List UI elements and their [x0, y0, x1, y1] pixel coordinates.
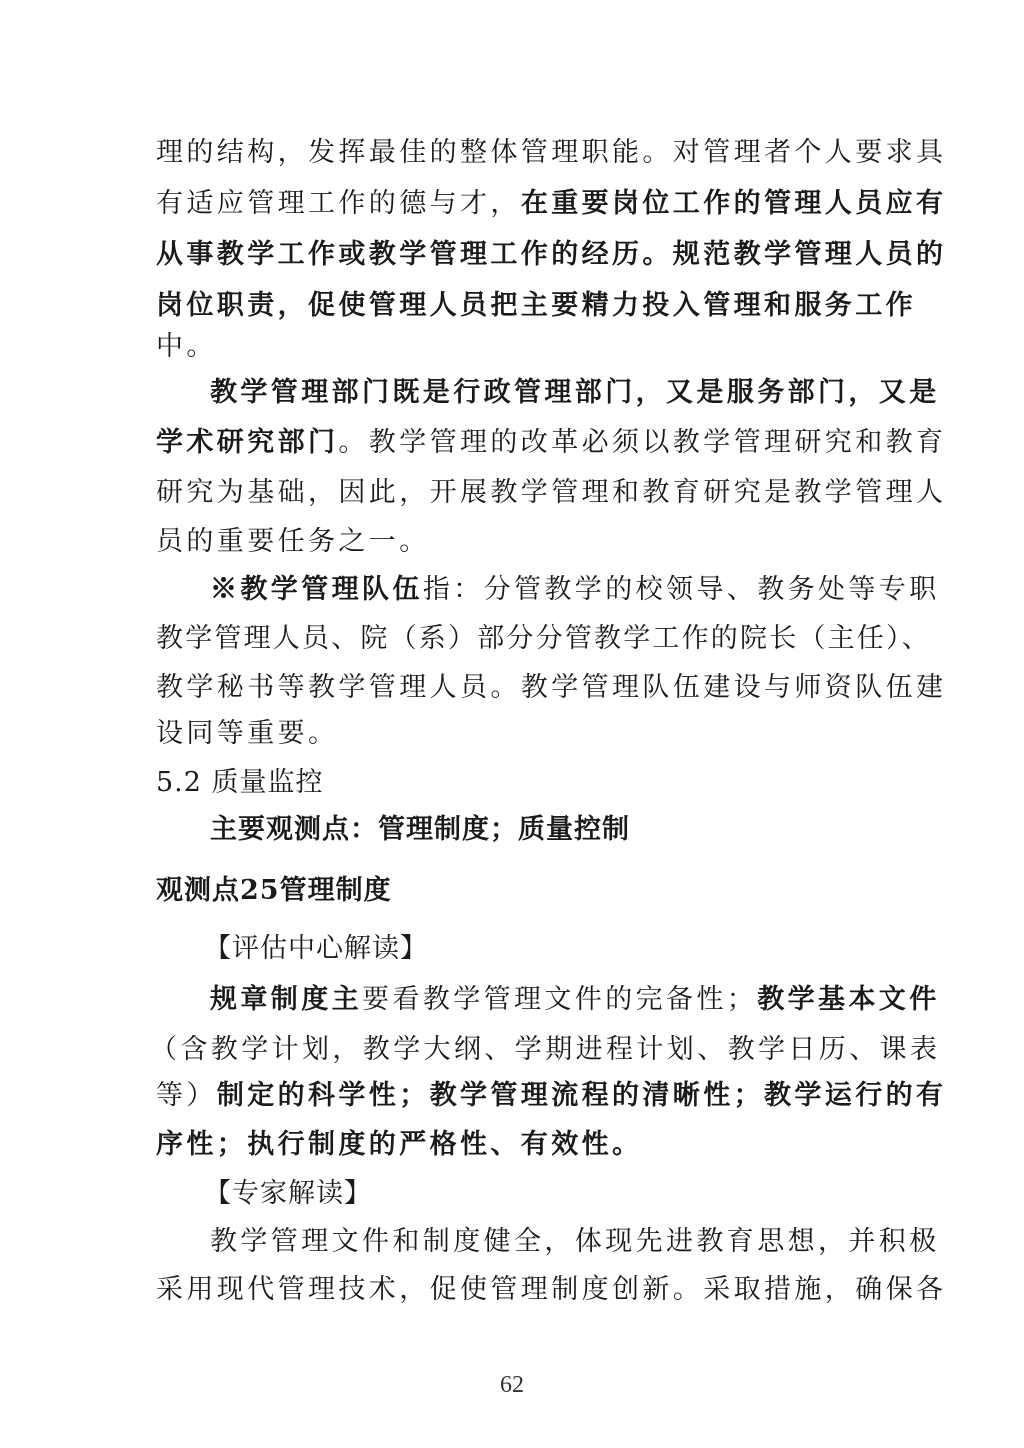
text-line: 设同等重要。	[156, 717, 868, 751]
text-span: 有适应管理工作的德与才，	[156, 188, 521, 219]
bold-text-span: 学术研究部门	[156, 427, 338, 458]
text-line: 研究为基础，因此，开展教学管理和教育研究是教学管理人	[156, 476, 868, 510]
bold-text-line: 岗位职责，促使管理人员把主要精力投入管理和服务工作	[156, 289, 868, 323]
text-line: 教学管理人员、院（系）部分分管教学工作的院长（主任）、	[156, 622, 868, 656]
bold-text-span: ※教学管理队伍	[210, 574, 423, 605]
section-heading: 5.2 质量监控	[156, 766, 868, 800]
observation-point-title: 观测点25管理制度	[156, 874, 868, 908]
text-line: 有适应管理工作的德与才，在重要岗位工作的管理人员应有	[156, 187, 868, 221]
text-line: 员的重要任务之一。	[156, 525, 868, 559]
document-page: 理的结构，发挥最佳的整体管理职能。对管理者个人要求具 有适应管理工作的德与才，在…	[0, 0, 1024, 1448]
text-line: ※教学管理队伍指：分管教学的校领导、教务处等专职	[210, 573, 868, 607]
bold-text-span: 教学基本文件	[757, 984, 939, 1015]
text-line: 等）制定的科学性；教学管理流程的清晰性；教学运行的有	[156, 1079, 868, 1113]
text-line: 规章制度主要看教学管理文件的完备性；教学基本文件	[210, 983, 868, 1017]
main-observation-points: 主要观测点：管理制度；质量控制	[210, 813, 868, 847]
text-line: 采用现代管理技术，促使管理制度创新。采取措施，确保各	[156, 1273, 868, 1307]
text-span: 指：分管教学的校领导、教务处等专职	[423, 574, 940, 605]
bold-text-span: 制定的科学性；教学管理流程的清晰性；教学运行的有	[217, 1080, 947, 1111]
bold-text-line: 从事教学工作或教学管理工作的经历。规范教学管理人员的	[156, 238, 868, 272]
text-line: 理的结构，发挥最佳的整体管理职能。对管理者个人要求具	[156, 136, 868, 170]
bold-text-line: 序性；执行制度的严格性、有效性。	[156, 1128, 868, 1162]
bold-text-line: 教学管理部门既是行政管理部门，又是服务部门，又是	[210, 376, 868, 410]
text-span: 等）	[156, 1080, 217, 1111]
text-line: 中。	[156, 330, 868, 364]
bold-text-span: 在重要岗位工作的管理人员应有	[521, 188, 947, 219]
text-span: 。教学管理的改革必须以教学管理研究和教育	[338, 427, 946, 458]
text-line: 教学管理文件和制度健全，体现先进教育思想，并积极	[210, 1225, 868, 1259]
page-number: 62	[0, 1372, 1024, 1399]
center-interpretation-title: 【评估中心解读】	[204, 932, 862, 966]
text-line: 学术研究部门。教学管理的改革必须以教学管理研究和教育	[156, 426, 868, 460]
expert-interpretation-title: 【专家解读】	[204, 1177, 862, 1211]
bold-text-span: 规章制度主	[210, 984, 362, 1015]
text-line: （含教学计划，教学大纲、学期进程计划、教学日历、课表	[150, 1033, 862, 1067]
text-line: 教学秘书等教学管理人员。教学管理队伍建设与师资队伍建	[156, 671, 868, 705]
text-span: 要看教学管理文件的完备性；	[362, 984, 757, 1015]
